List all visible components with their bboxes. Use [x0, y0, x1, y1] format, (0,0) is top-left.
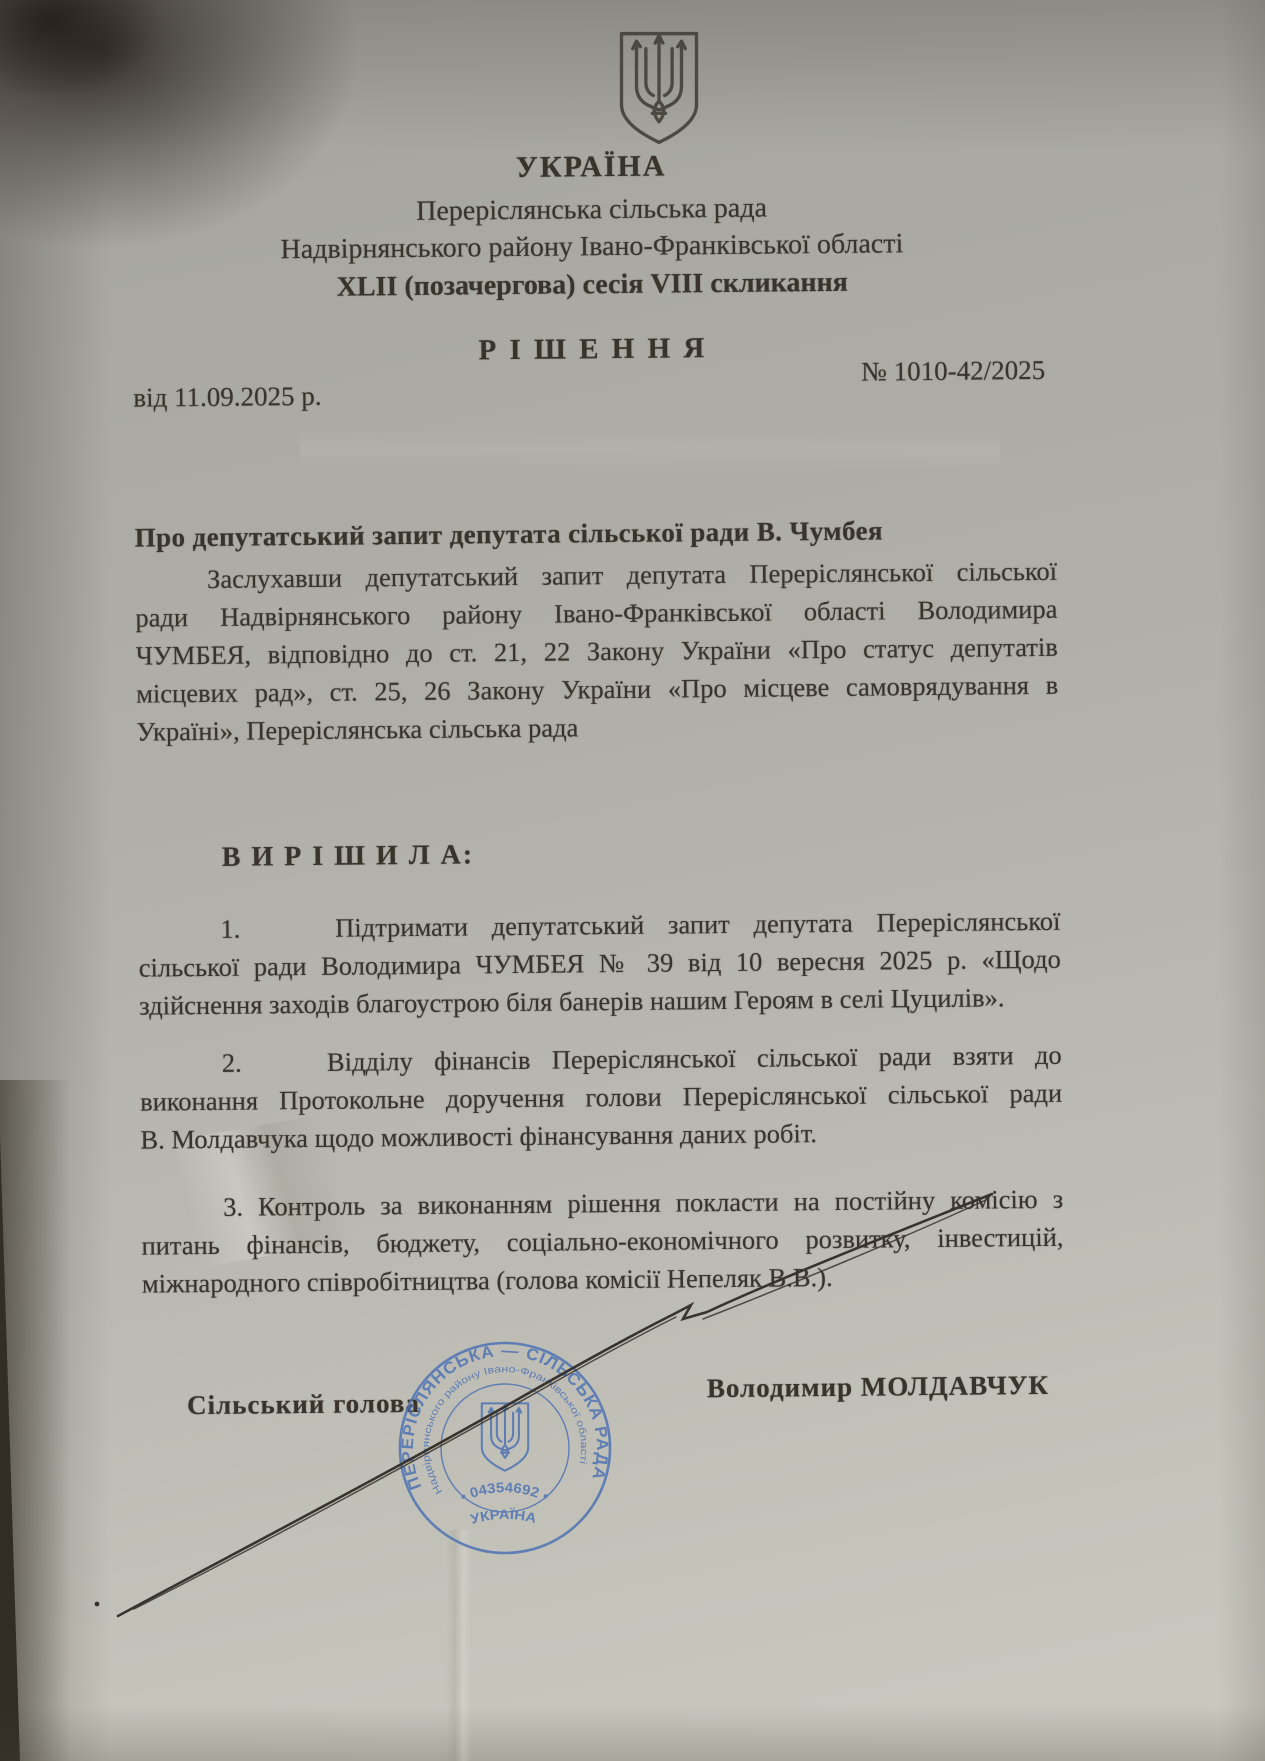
scanned-decision-document: УКРАЇНА Переріслянська сільська рада Над… — [0, 0, 1265, 1761]
pen-signature — [0, 0, 1265, 1761]
